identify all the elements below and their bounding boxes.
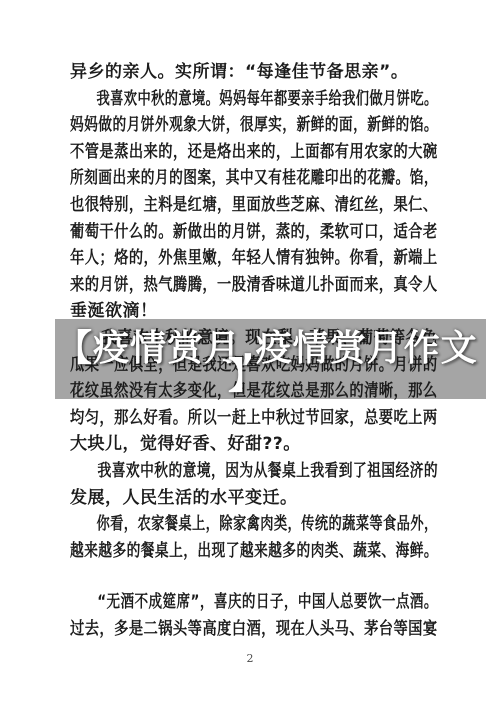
text-line: 异乡的亲人。实所谓：“每逢佳节备思亲”。 <box>70 62 408 82</box>
text-line: 越来越多的餐桌上，出现了越来越多的肉类、蔬菜、海鲜。 <box>70 541 410 561</box>
text-line: 我喜欢中秋的意境，因为从餐桌上我看到了祖国经济的 <box>70 461 438 481</box>
text-line: 垂涎欲滴！ <box>70 301 158 321</box>
text-line: 均匀，那么好看。所以一赶上中秋过节回家，总要吃上两 <box>70 408 423 428</box>
text-line: 过去，多是二锅头等高度白酒，现在人头马、茅台等国宴 <box>70 619 423 639</box>
text-line: 也很特别，主料是红塘，里面放些芝麻、清红丝，果仁、 <box>70 195 423 215</box>
overlay-title-bracket: 】 <box>228 348 264 399</box>
text-line: 大块儿，觉得好香、好甜??。 <box>70 434 301 454</box>
text-line: 妈妈做的月饼外观象大饼，很厚实，新鲜的面，新鲜的馅。 <box>70 115 410 135</box>
overlay-title: 【疫情赏月,疫情赏月作文 <box>56 320 478 371</box>
text-line: 不管是蒸出来的，还是烙出来的，上面都有用农家的大碗 <box>70 142 423 162</box>
page-number: 2 <box>0 652 500 665</box>
text-line: 发展，人民生活的水平变迁。 <box>70 488 298 508</box>
text-line: 你看，农家餐桌上，除家禽肉类，传统的蔬菜等食品外， <box>70 514 424 534</box>
document-page: 异乡的亲人。实所谓：“每逢佳节备思亲”。我喜欢中秋的意境。妈妈每年都要亲手给我们… <box>0 0 500 707</box>
text-line: 来的月饼，热气腾腾，一股清香味道儿扑面而来，真令人 <box>70 275 423 295</box>
text-line: 所刻画出来的月的图案，其中又有桂花雕印出的花瓣。馅， <box>70 168 410 188</box>
text-line: 葡萄干什么的。新做出的月饼，蒸的，柔软可口，适合老 <box>70 222 423 242</box>
text-line: 我喜欢中秋的意境。妈妈每年都要亲手给我们做月饼吃。 <box>70 89 424 109</box>
text-line: “无酒不成筵席”，喜庆的日子，中国人总要饮一点酒。 <box>70 592 433 612</box>
text-line: 年人；烙的，外焦里嫩，年轻人情有独钟。你看，新端上 <box>70 248 423 268</box>
